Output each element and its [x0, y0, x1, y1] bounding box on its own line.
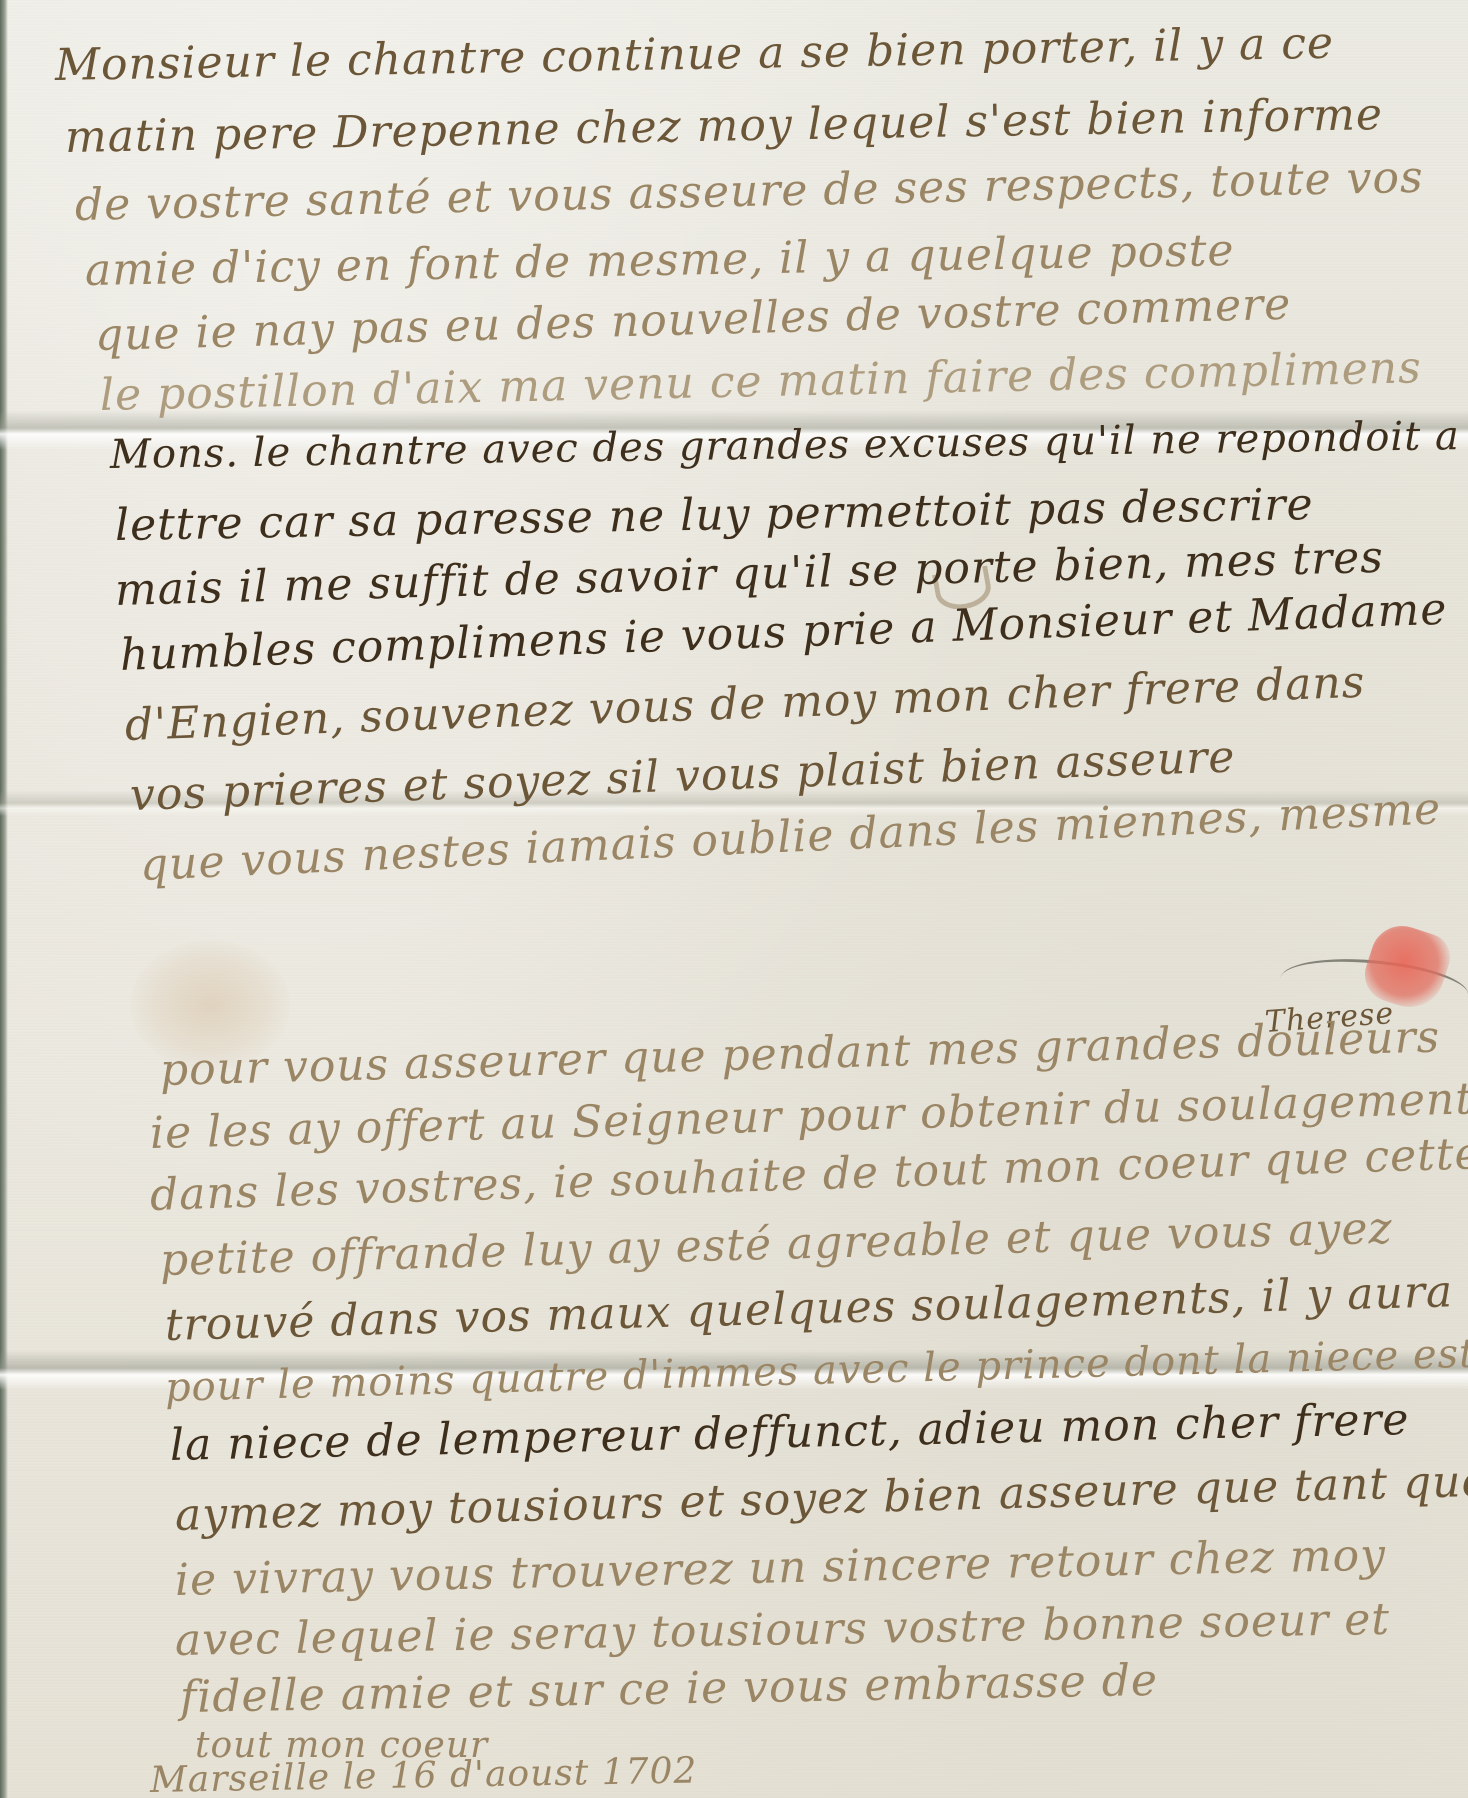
letter-line: avec lequel ie seray tousiours vostre bo…	[175, 1594, 1391, 1666]
page-edge-shadow	[0, 0, 8, 1798]
letter-line: ie vivray vous trouverez un sincere reto…	[174, 1530, 1386, 1606]
letter-line: matin pere Drepenne chez moy lequel s'es…	[65, 89, 1384, 163]
letter-line: Monsieur le chantre continue a se bien p…	[55, 18, 1335, 91]
letter-line: de vostre santé et vous asseure de ses r…	[74, 152, 1424, 231]
letter-date-line: Marseille le 16 d'aoust 1702	[150, 1750, 698, 1798]
letter-page: Monsieur le chantre continue a se bien p…	[0, 0, 1468, 1798]
letter-line: aymez moy tousiours et soyez bien asseur…	[174, 1456, 1468, 1541]
letter-line: fidelle amie et sur ce ie vous embrasse …	[180, 1655, 1159, 1723]
